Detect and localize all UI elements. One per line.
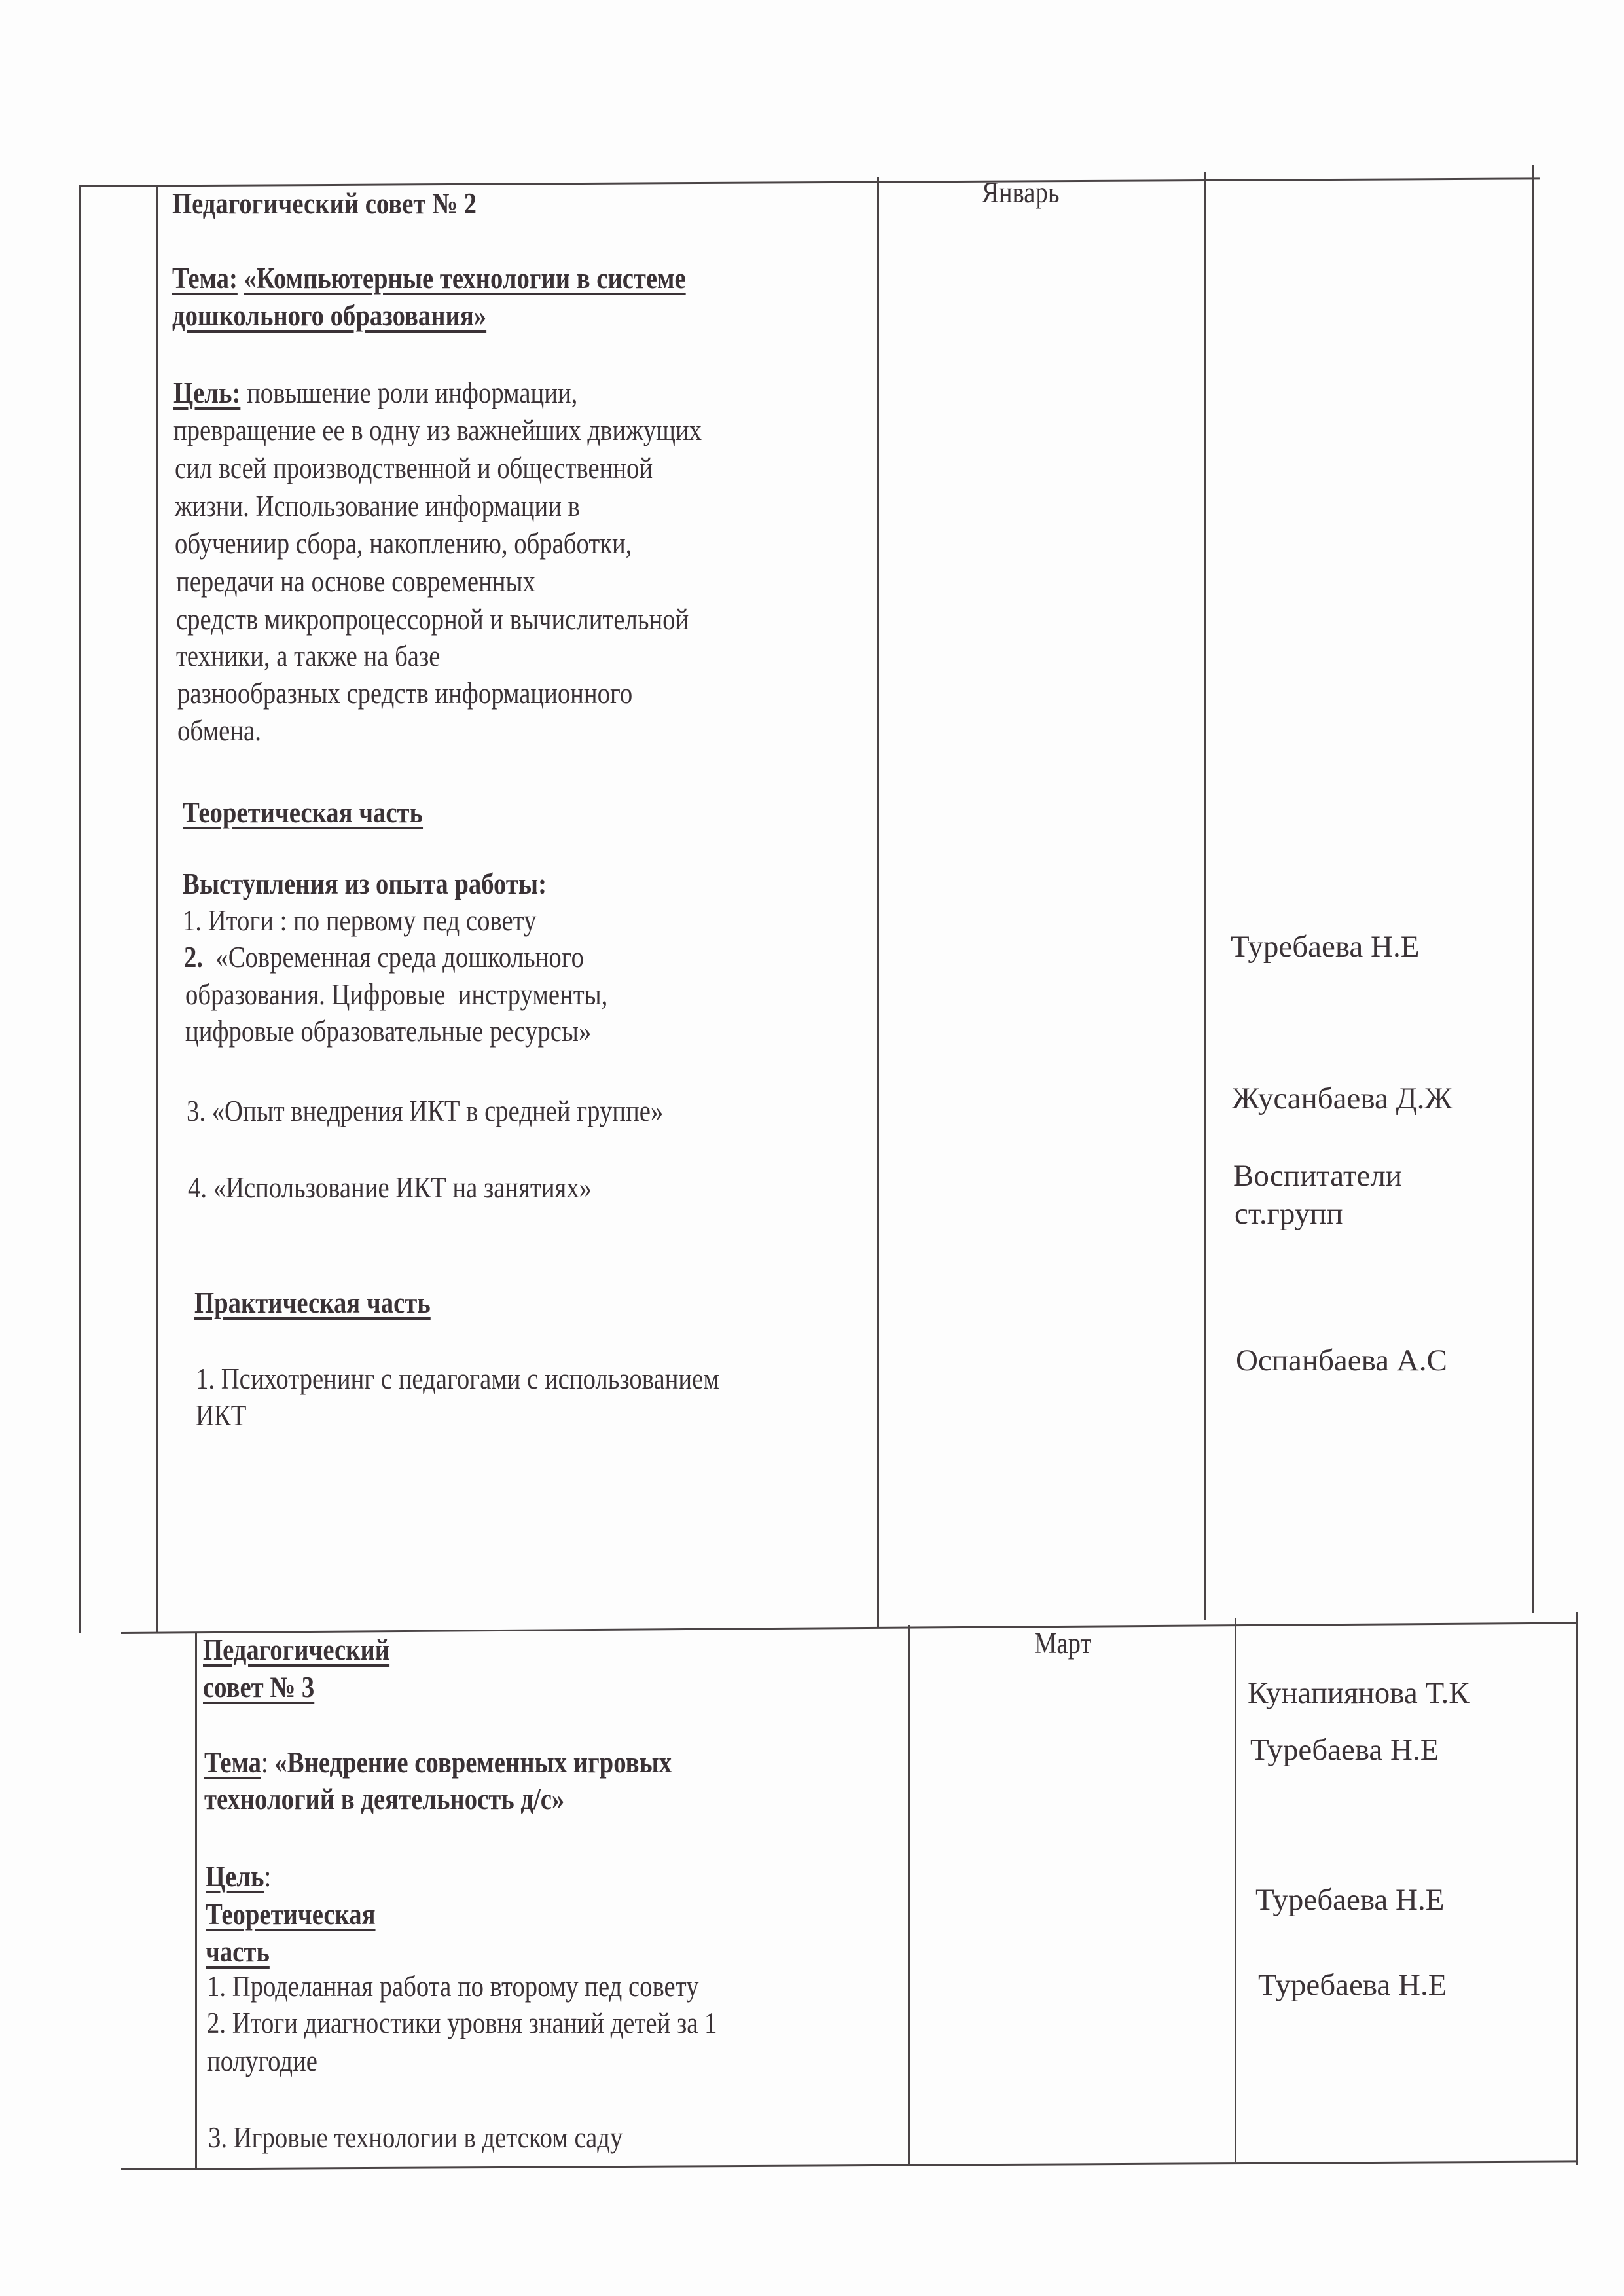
scanned-page: Педагогический совет № 2 Тема: «Компьюте… [0, 0, 1624, 2296]
council3-responsible: Туребаева Н.Е [1255, 1882, 1444, 1918]
council2-goal-line: жизни. Использование информации в [175, 488, 580, 524]
council2-goal-line: техники, а также на базе [176, 638, 440, 674]
council2-goal-line: обмена. [177, 712, 261, 749]
col-divider-2 [877, 177, 879, 1627]
col-divider-3 [1204, 172, 1206, 1620]
council3-goal: Цель: [206, 1858, 271, 1895]
col-divider-1b [195, 1632, 197, 2169]
council2-goal-line: средств микропроцессорной и вычислительн… [176, 601, 689, 638]
council2-item-3: 3. «Опыт внедрения ИКТ в средней группе» [187, 1093, 663, 1129]
council2-item-4: 4. «Использование ИКТ на занятиях» [188, 1169, 592, 1206]
council3-theme-label: Тема [204, 1746, 261, 1779]
council2-theme-line-1: «Компьютерные технологии в системе [244, 262, 686, 295]
col-border-right-b [1576, 1612, 1578, 2165]
council2-item-2-line-3: цифровые образовательные ресурсы» [185, 1013, 591, 1049]
council2-practice-line-1: 1. Психотренинг с педагогами с использов… [196, 1360, 719, 1397]
council2-month: Январь [982, 175, 1059, 210]
council3-theme: Тема: «Внедрение современных игровых [204, 1744, 672, 1781]
council2-practice-heading: Практическая часть [194, 1285, 431, 1321]
council2-goal-label: Цель: [173, 376, 240, 409]
council2-theme-line-2: дошкольного образования» [172, 297, 486, 334]
council3-goal-colon: : [264, 1860, 271, 1893]
council2-item-2: 2. «Современная среда дошкольного [184, 939, 584, 975]
council2-theme-label: Тема: [172, 262, 238, 295]
council2-responsible: Оспанбаева А.С [1236, 1342, 1447, 1379]
council2-item-2-line-2: образования. Цифровые инструменты, [185, 976, 607, 1013]
council2-goal: Цель: повышение роли информации, [173, 374, 577, 411]
council2-practice-line-2: ИКТ [196, 1397, 246, 1434]
council2-goal-line: обучениир сбора, накоплению, обработки, [175, 525, 632, 562]
council3-theme-line-1: «Внедрение современных игровых [274, 1746, 672, 1779]
council3-responsible: Кунапиянова Т.К [1248, 1675, 1470, 1711]
col-divider-3b [1235, 1618, 1236, 2162]
council2-theory-heading: Теоретическая часть [183, 794, 423, 831]
council2-goal-line: разнообразных средств информационного [177, 675, 632, 712]
col-border-right [1532, 165, 1534, 1613]
council2-responsible: Туребаева Н.Е [1231, 928, 1419, 965]
council2-responsible: Жусанбаева Д.Ж [1232, 1080, 1453, 1117]
council3-item: 1. Проделанная работа по второму пед сов… [207, 1968, 698, 2005]
council3-theory-line-2: часть [206, 1933, 270, 1970]
council3-item: 2. Итоги диагностики уровня знаний детей… [207, 2005, 717, 2041]
col-border-left [79, 185, 81, 1633]
council3-theme-colon: : [261, 1746, 274, 1779]
table-bottom-border [121, 2160, 1578, 2170]
col-divider-2b [908, 1625, 910, 2165]
council2-item-2-num: 2. [184, 941, 203, 974]
council3-item: 3. Игровые технологии в детском саду [208, 2119, 623, 2156]
council3-goal-label: Цель [206, 1860, 264, 1893]
col-divider-1 [156, 185, 158, 1633]
council2-responsible: ст.групп [1235, 1195, 1343, 1232]
council2-responsible: Воспитатели [1233, 1157, 1402, 1194]
council3-title-line-1: Педагогический [203, 1631, 389, 1668]
council2-item-1: 1. Итоги : по первому пед совету [183, 902, 536, 939]
council2-theme: Тема: «Компьютерные технологии в системе [172, 260, 686, 297]
council2-goal-first: повышение роли информации, [240, 376, 577, 409]
council3-theory-line-1: Теоретическая [206, 1896, 376, 1933]
council2-goal-line: передачи на основе современных [176, 563, 535, 600]
council3-responsible: Туребаева Н.Е [1250, 1732, 1439, 1768]
council3-month: Март [1034, 1626, 1091, 1660]
council2-title: Педагогический совет № 2 [172, 185, 477, 222]
council3-theme-line-2: технологий в деятельность д/с» [204, 1781, 564, 1817]
council3-responsible: Туребаева Н.Е [1258, 1967, 1447, 2003]
council3-title-line-2: совет № 3 [203, 1669, 314, 1705]
council2-item-2-line-1: «Современная среда дошкольного [203, 941, 584, 974]
council2-goal-line: превращение ее в одну из важнейших движу… [173, 412, 702, 448]
council2-talks-heading: Выступления из опыта работы: [183, 866, 547, 902]
council2-goal-line: сил всей производственной и общественной [175, 450, 653, 486]
council3-item: полугодие [207, 2043, 317, 2079]
